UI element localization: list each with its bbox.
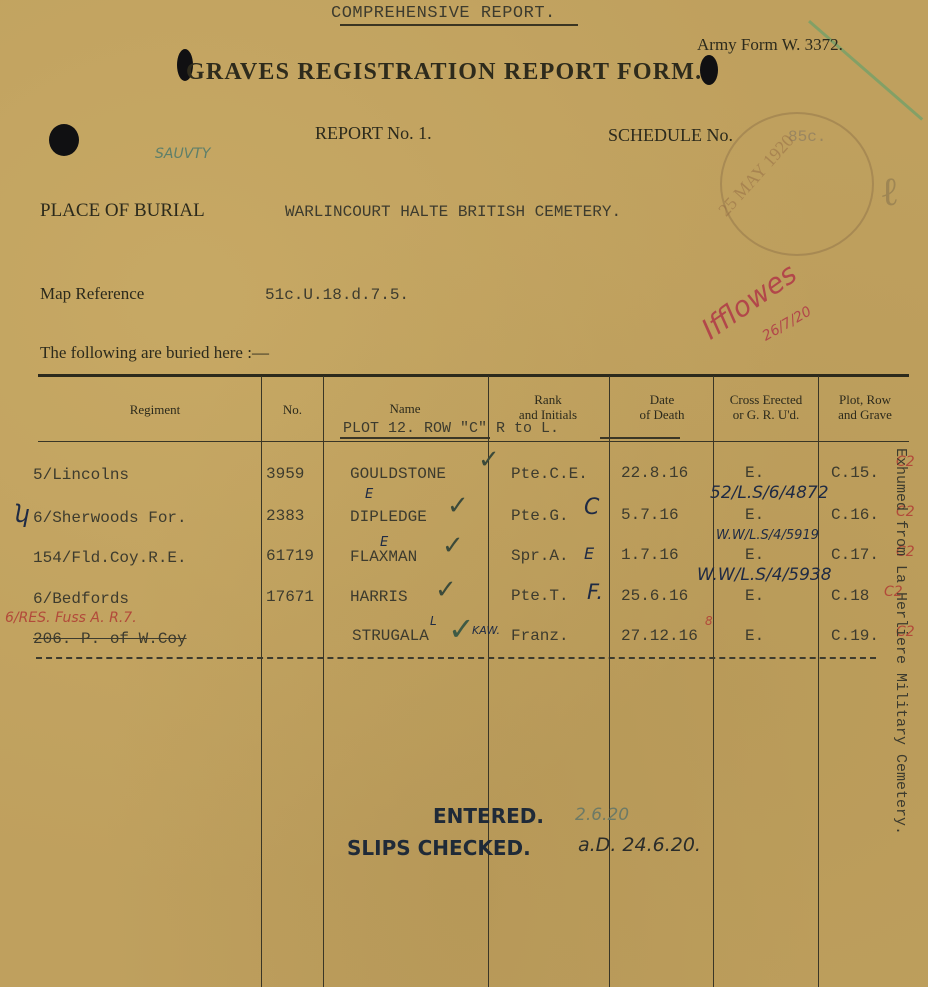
exhumed-margin-note: Exhumed from La Herliere Military Cemete…	[892, 448, 909, 835]
cell-no: 2383	[266, 507, 304, 525]
cell-name: DIPLEDGE	[350, 508, 427, 526]
place-of-burial-label: PLACE OF BURIAL	[40, 200, 205, 222]
cell-cross: E.	[745, 587, 764, 605]
red-signature-date: 26/7/20	[760, 304, 815, 345]
cell-name: FLAXMAN	[350, 548, 417, 566]
cell-name: HARRIS	[350, 588, 408, 606]
header-rank-line1: Rank	[498, 392, 598, 407]
table-end-dashed-rule	[36, 657, 876, 659]
cell-regiment: 154/Fld.Coy.R.E.	[33, 549, 187, 567]
entered-date: 2.6.20	[575, 805, 629, 825]
margin-mark: ʮ	[14, 500, 28, 528]
heading-underline	[340, 24, 578, 26]
header-cross-line1: Cross Erected	[714, 392, 818, 407]
map-reference-value: 51c.U.18.d.7.5.	[265, 286, 409, 304]
cell-regiment: 6/Bedfords	[33, 590, 129, 608]
header-plot: Plot, Row and Grave	[819, 392, 911, 422]
check-mark-icon: ✓	[448, 610, 475, 648]
cell-date: 25.6.16	[621, 587, 688, 605]
header-cross: Cross Erected or G. R. U'd.	[714, 392, 818, 422]
check-mark-icon: ✓	[435, 575, 457, 605]
check-mark-icon: ✓	[478, 445, 500, 475]
cell-cross: E.	[745, 464, 764, 482]
cell-cross: E.	[745, 506, 764, 524]
initials-mark: ℓ	[880, 168, 899, 215]
cell-date-correction: 8	[705, 614, 713, 628]
column-divider	[713, 376, 714, 987]
cell-cross: E.	[745, 627, 764, 645]
cell-no: 17671	[266, 588, 314, 606]
sauvty-annotation: SAUVTY	[155, 146, 210, 162]
cell-cross-annotation: W.W/L.S/4/5938	[697, 565, 832, 585]
cell-regiment-struck: 206. P. of W.Coy	[33, 630, 187, 648]
header-name: Name	[370, 401, 440, 416]
cell-plot: C.18	[831, 587, 869, 605]
check-mark-icon: ✓	[447, 491, 469, 521]
header-regiment: Regiment	[100, 402, 210, 417]
cell-plot: C.19.	[831, 627, 879, 645]
cell-date: 5.7.16	[621, 506, 679, 524]
place-of-burial-value: WARLINCOURT HALTE BRITISH CEMETERY.	[285, 203, 621, 221]
comprehensive-report-heading: COMPREHENSIVE REPORT.	[331, 4, 556, 23]
cell-name: STRUGALA	[352, 627, 429, 645]
cell-name: GOULDSTONE	[350, 465, 446, 483]
map-reference-label: Map Reference	[40, 284, 144, 304]
punch-hole-margin	[49, 124, 79, 156]
cell-cross-annotation: W.W/L.S/4/5919	[716, 528, 819, 543]
cell-rank-correction: C	[584, 495, 599, 520]
plot-row-note: PLOT 12. ROW "C" R to L.	[343, 420, 559, 437]
header-plot-line1: Plot, Row	[819, 392, 911, 407]
header-plot-line2: and Grave	[819, 407, 911, 422]
cell-rank-correction: E	[584, 544, 594, 563]
table-header-rule	[38, 441, 909, 442]
plot-row-underline	[600, 437, 680, 439]
column-divider	[609, 376, 610, 987]
column-divider	[323, 376, 324, 987]
cell-no: 61719	[266, 547, 314, 565]
header-date-line2: of Death	[612, 407, 712, 422]
cell-plot: C.15.	[831, 464, 879, 482]
schedule-label: SCHEDULE No.	[608, 125, 733, 146]
column-divider	[261, 376, 262, 987]
cell-regiment: 5/Lincolns	[33, 466, 129, 484]
punch-hole-right	[700, 55, 718, 85]
report-number: REPORT No. 1.	[315, 123, 432, 144]
cell-rank: Pte.C.E.	[511, 465, 588, 483]
header-cross-line2: or G. R. U'd.	[714, 407, 818, 422]
cell-name-correction: L	[430, 614, 437, 628]
cell-rank: Pte.T.	[511, 587, 569, 605]
cell-regiment: 6/Sherwoods For.	[33, 509, 187, 527]
cell-date: 1.7.16	[621, 546, 679, 564]
table-top-rule	[38, 374, 909, 377]
cell-date: 27.12.16	[621, 627, 698, 645]
cell-rank: Pte.G.	[511, 507, 569, 525]
entered-stamp: ENTERED.	[433, 804, 544, 828]
header-rank: Rank and Initials	[498, 392, 598, 422]
cell-regiment-correction: 6/RES. Fuss A. R.7.	[5, 610, 137, 626]
army-form-number: Army Form W. 3372.	[697, 35, 843, 55]
header-date-line1: Date	[612, 392, 712, 407]
cell-no: 3959	[266, 465, 304, 483]
cell-rank: Spr.A.	[511, 547, 569, 565]
cell-rank: Franz.	[511, 627, 569, 645]
column-divider	[818, 376, 819, 987]
check-mark-icon: ✓	[442, 531, 464, 561]
buried-here-label: The following are buried here :—	[40, 343, 269, 363]
cell-rank-correction: F.	[587, 580, 603, 604]
slips-checked-annotation: a.D. 24.6.20.	[578, 834, 701, 856]
cell-name-correction: E	[365, 487, 373, 502]
cell-name-annotation: KAW.	[472, 624, 500, 637]
cell-plot: C.17.	[831, 546, 879, 564]
slips-checked-stamp: SLIPS CHECKED.	[347, 836, 531, 860]
cell-date: 22.8.16	[621, 464, 688, 482]
header-date: Date of Death	[612, 392, 712, 422]
plot-row-underline	[340, 437, 490, 439]
header-no: No.	[270, 402, 315, 417]
cell-plot: C.16.	[831, 506, 879, 524]
cell-cross-annotation: 52/L.S/6/4872	[710, 483, 829, 503]
page-title: GRAVES REGISTRATION REPORT FORM.	[186, 59, 702, 86]
cell-cross: E.	[745, 546, 764, 564]
